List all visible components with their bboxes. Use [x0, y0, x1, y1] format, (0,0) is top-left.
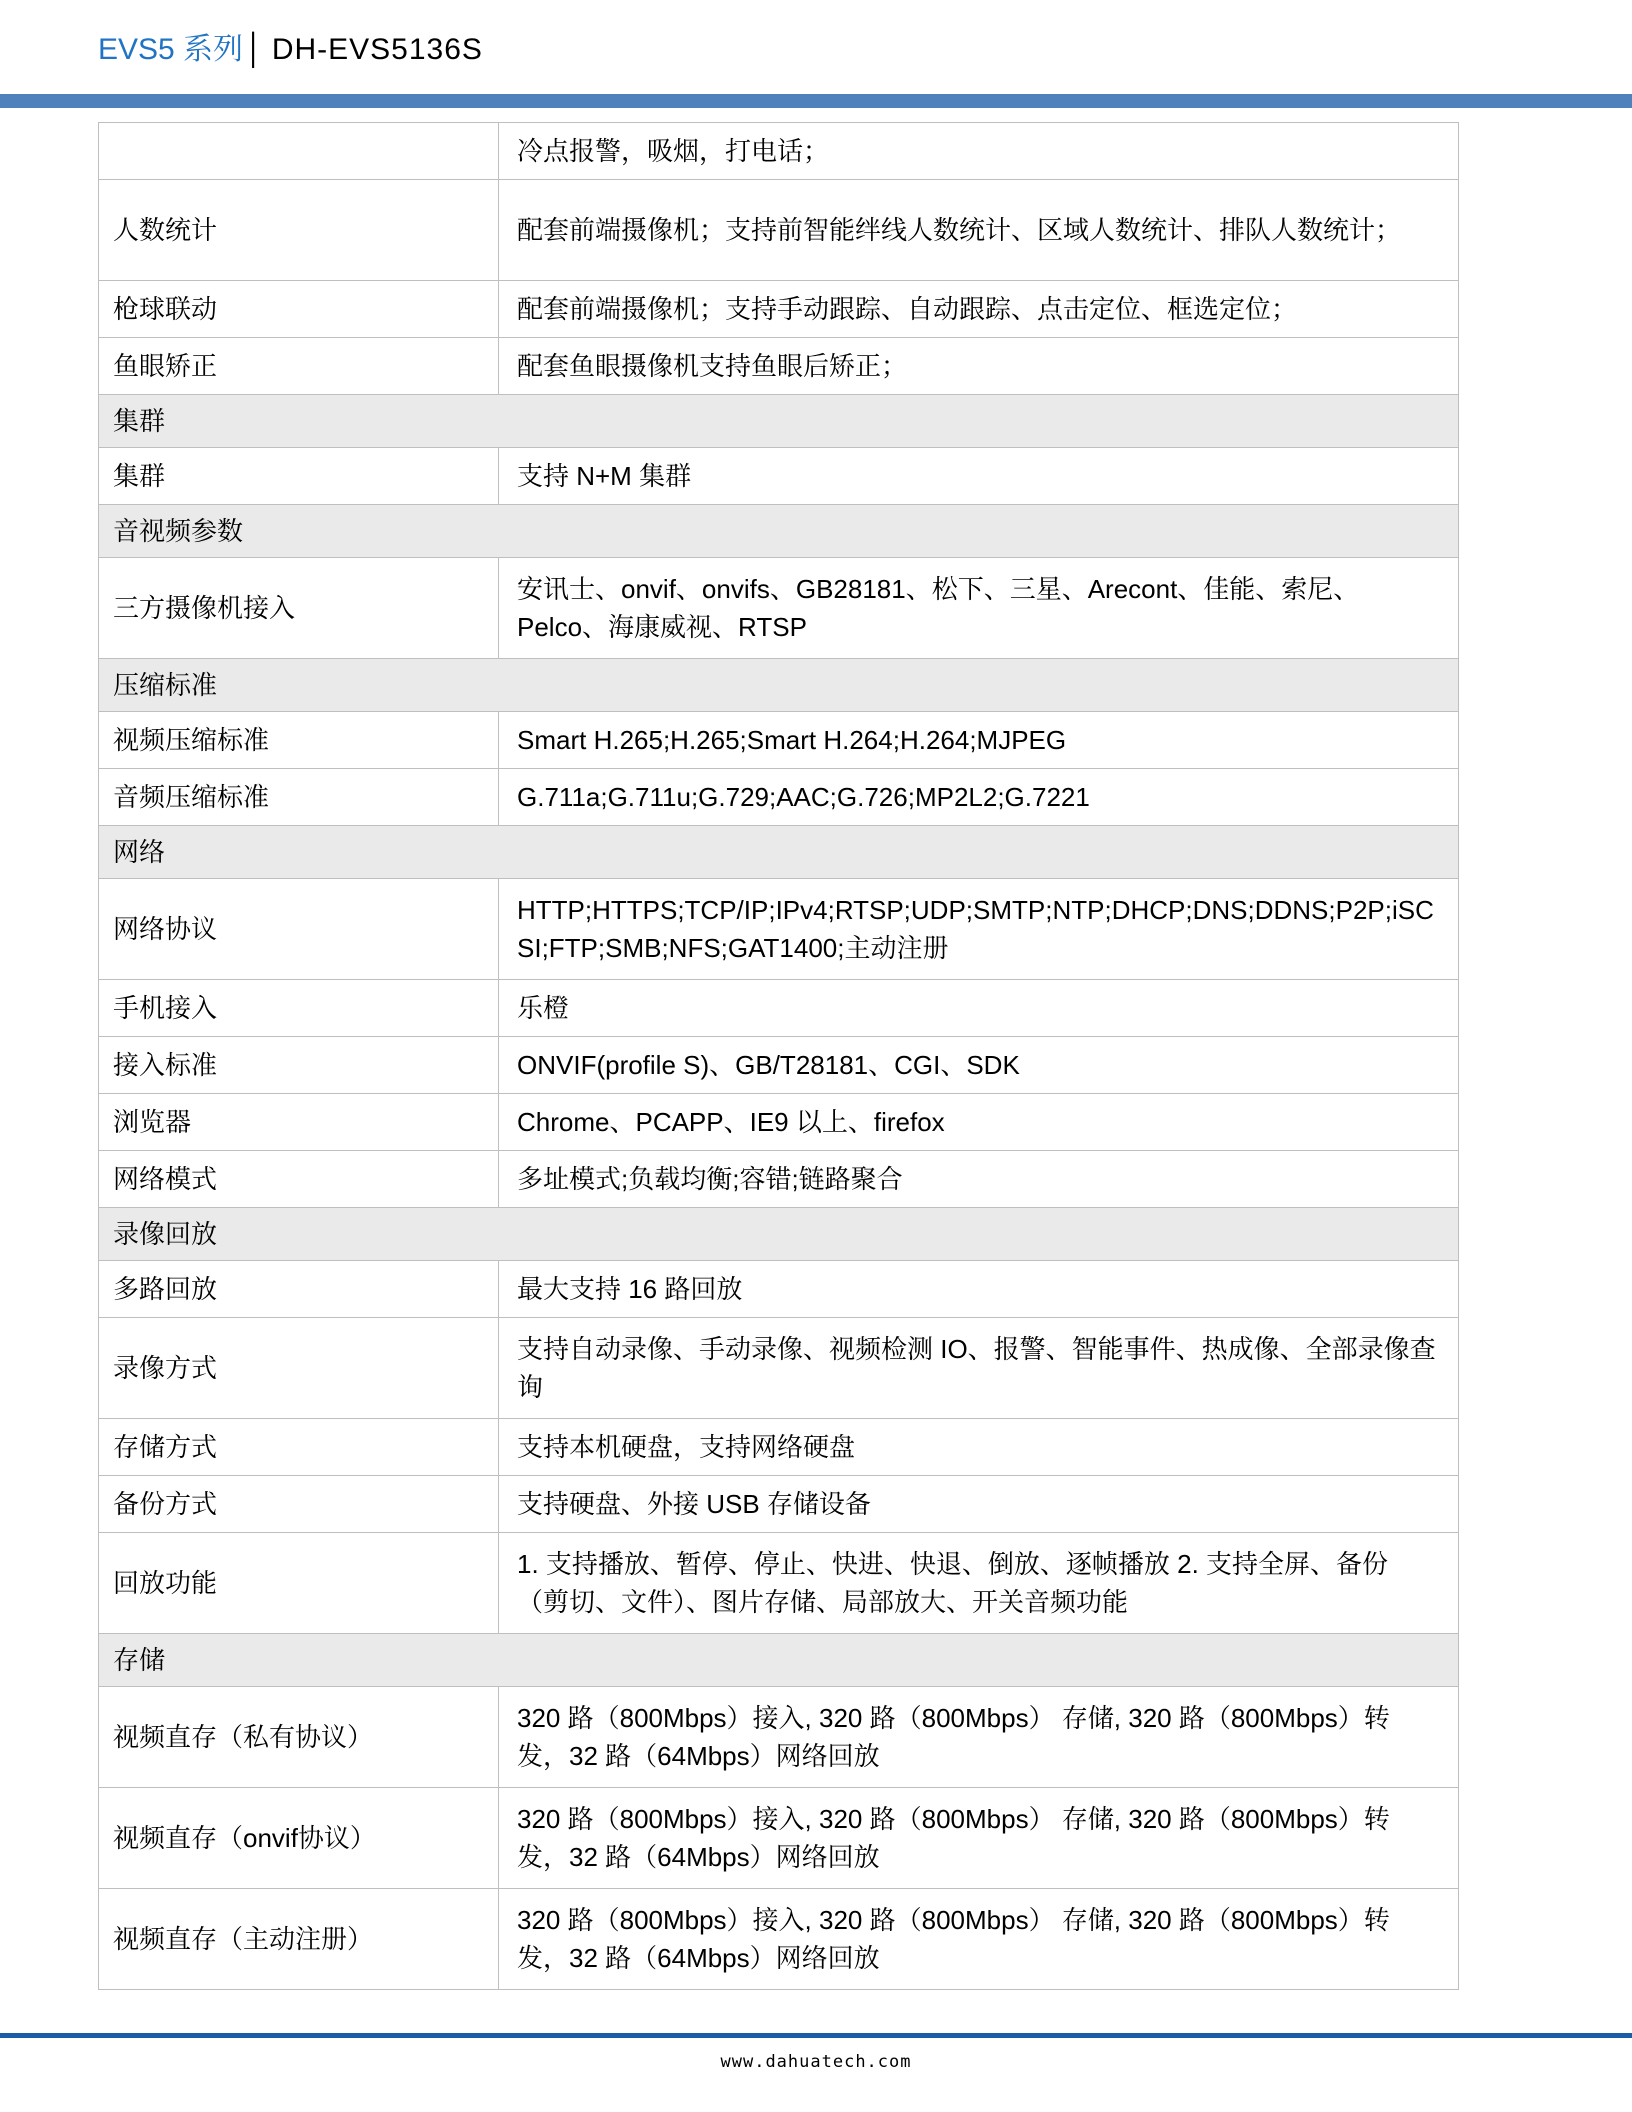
table-row: 视频直存（私有协议）320 路（800Mbps）接入, 320 路（800Mbp… [99, 1687, 1459, 1788]
section-row: 存储 [99, 1634, 1459, 1687]
section-title: 录像回放 [99, 1208, 1459, 1261]
row-value: 配套鱼眼摄像机支持鱼眼后矫正； [499, 338, 1459, 395]
table-row: 人数统计配套前端摄像机；支持前智能绊线人数统计、区域人数统计、排队人数统计； [99, 180, 1459, 281]
row-label: 接入标准 [99, 1037, 499, 1094]
row-label: 网络模式 [99, 1151, 499, 1208]
table-row: 视频直存（主动注册）320 路（800Mbps）接入, 320 路（800Mbp… [99, 1889, 1459, 1990]
row-value: Chrome、PCAPP、IE9 以上、firefox [499, 1094, 1459, 1151]
row-label: 回放功能 [99, 1533, 499, 1634]
row-label: 备份方式 [99, 1476, 499, 1533]
section-row: 压缩标准 [99, 659, 1459, 712]
header-accent-bar [0, 94, 1632, 108]
row-label: 存储方式 [99, 1419, 499, 1476]
table-row: 音频压缩标准G.711a;G.711u;G.729;AAC;G.726;MP2L… [99, 769, 1459, 826]
table-row: 回放功能1. 支持播放、暂停、停止、快进、快退、倒放、逐帧播放 2. 支持全屏、… [99, 1533, 1459, 1634]
table-row: 备份方式支持硬盘、外接 USB 存储设备 [99, 1476, 1459, 1533]
table-row: 存储方式支持本机硬盘，支持网络硬盘 [99, 1419, 1459, 1476]
row-value: 冷点报警，吸烟，打电话； [499, 123, 1459, 180]
table-row: 集群支持 N+M 集群 [99, 448, 1459, 505]
row-label: 视频直存（onvif协议） [99, 1788, 499, 1889]
row-label: 网络协议 [99, 879, 499, 980]
row-value: HTTP;HTTPS;TCP/IP;IPv4;RTSP;UDP;SMTP;NTP… [499, 879, 1459, 980]
row-value: 乐橙 [499, 980, 1459, 1037]
row-value: 支持 N+M 集群 [499, 448, 1459, 505]
row-value: 320 路（800Mbps）接入, 320 路（800Mbps） 存储, 320… [499, 1788, 1459, 1889]
row-label: 鱼眼矫正 [99, 338, 499, 395]
row-label: 音频压缩标准 [99, 769, 499, 826]
table-row: 多路回放最大支持 16 路回放 [99, 1261, 1459, 1318]
row-value: 320 路（800Mbps）接入, 320 路（800Mbps） 存储, 320… [499, 1889, 1459, 1990]
row-label: 三方摄像机接入 [99, 558, 499, 659]
row-label: 浏览器 [99, 1094, 499, 1151]
row-value: 配套前端摄像机；支持前智能绊线人数统计、区域人数统计、排队人数统计； [499, 180, 1459, 281]
table-row: 视频直存（onvif协议）320 路（800Mbps）接入, 320 路（800… [99, 1788, 1459, 1889]
row-label [99, 123, 499, 180]
row-label: 多路回放 [99, 1261, 499, 1318]
row-label: 视频压缩标准 [99, 712, 499, 769]
section-row: 网络 [99, 826, 1459, 879]
row-label: 视频直存（主动注册） [99, 1889, 499, 1990]
section-title: 集群 [99, 395, 1459, 448]
row-label: 手机接入 [99, 980, 499, 1037]
row-value: ONVIF(profile S)、GB/T28181、CGI、SDK [499, 1037, 1459, 1094]
row-value: 支持本机硬盘，支持网络硬盘 [499, 1419, 1459, 1476]
datasheet-page: EVS5 系列│DH-EVS5136S 冷点报警，吸烟，打电话； 人数统计配套前… [0, 0, 1632, 2112]
row-value: Smart H.265;H.265;Smart H.264;H.264;MJPE… [499, 712, 1459, 769]
row-value: 320 路（800Mbps）接入, 320 路（800Mbps） 存储, 320… [499, 1687, 1459, 1788]
footer-divider [0, 2033, 1632, 2038]
row-label: 录像方式 [99, 1318, 499, 1419]
section-title: 音视频参数 [99, 505, 1459, 558]
row-label: 枪球联动 [99, 281, 499, 338]
table-row: 冷点报警，吸烟，打电话； [99, 123, 1459, 180]
table-row: 录像方式支持自动录像、手动录像、视频检测 IO、报警、智能事件、热成像、全部录像… [99, 1318, 1459, 1419]
row-value: 配套前端摄像机；支持手动跟踪、自动跟踪、点击定位、框选定位； [499, 281, 1459, 338]
row-value: 1. 支持播放、暂停、停止、快进、快退、倒放、逐帧播放 2. 支持全屏、备份（剪… [499, 1533, 1459, 1634]
row-label: 视频直存（私有协议） [99, 1687, 499, 1788]
table-row: 手机接入乐橙 [99, 980, 1459, 1037]
spec-table: 冷点报警，吸烟，打电话； 人数统计配套前端摄像机；支持前智能绊线人数统计、区域人… [98, 122, 1459, 1990]
table-row: 网络协议HTTP;HTTPS;TCP/IP;IPv4;RTSP;UDP;SMTP… [99, 879, 1459, 980]
section-title: 网络 [99, 826, 1459, 879]
row-value: 支持硬盘、外接 USB 存储设备 [499, 1476, 1459, 1533]
section-row: 录像回放 [99, 1208, 1459, 1261]
row-label: 集群 [99, 448, 499, 505]
table-row: 网络模式多址模式;负载均衡;容错;链路聚合 [99, 1151, 1459, 1208]
row-label: 人数统计 [99, 180, 499, 281]
row-value: G.711a;G.711u;G.729;AAC;G.726;MP2L2;G.72… [499, 769, 1459, 826]
row-value: 支持自动录像、手动录像、视频检测 IO、报警、智能事件、热成像、全部录像查询 [499, 1318, 1459, 1419]
section-title: 存储 [99, 1634, 1459, 1687]
table-row: 浏览器Chrome、PCAPP、IE9 以上、firefox [99, 1094, 1459, 1151]
section-row: 集群 [99, 395, 1459, 448]
model-title: DH-EVS5136S [272, 33, 483, 66]
table-row: 视频压缩标准Smart H.265;H.265;Smart H.264;H.26… [99, 712, 1459, 769]
title-separator: │ [245, 33, 264, 66]
section-title: 压缩标准 [99, 659, 1459, 712]
row-value: 最大支持 16 路回放 [499, 1261, 1459, 1318]
series-title: EVS5 系列 [98, 33, 243, 66]
table-row: 接入标准ONVIF(profile S)、GB/T28181、CGI、SDK [99, 1037, 1459, 1094]
footer-url: www.dahuatech.com [0, 2052, 1632, 2072]
section-row: 音视频参数 [99, 505, 1459, 558]
page-title: EVS5 系列│DH-EVS5136S [98, 32, 483, 68]
row-value: 安讯士、onvif、onvifs、GB28181、松下、三星、Arecont、佳… [499, 558, 1459, 659]
row-value: 多址模式;负载均衡;容错;链路聚合 [499, 1151, 1459, 1208]
table-row: 鱼眼矫正配套鱼眼摄像机支持鱼眼后矫正； [99, 338, 1459, 395]
table-row: 枪球联动配套前端摄像机；支持手动跟踪、自动跟踪、点击定位、框选定位； [99, 281, 1459, 338]
table-row: 三方摄像机接入安讯士、onvif、onvifs、GB28181、松下、三星、Ar… [99, 558, 1459, 659]
